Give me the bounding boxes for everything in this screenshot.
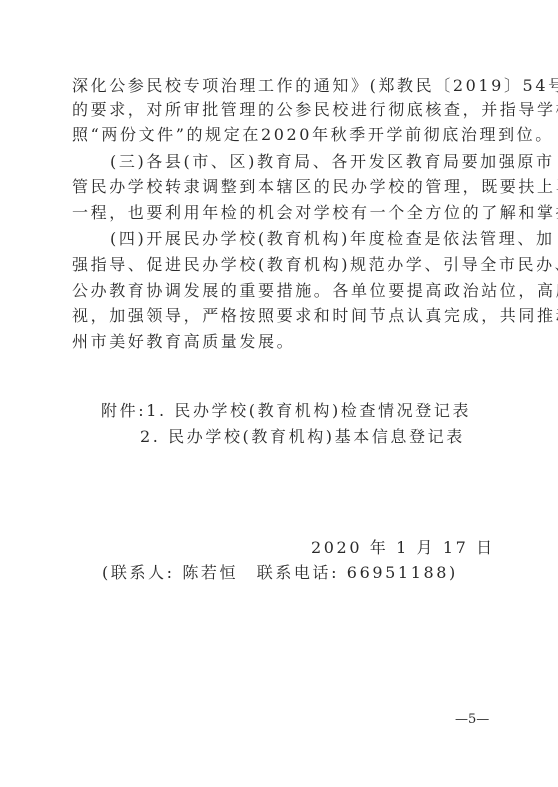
- attachment-item-2: 2. 民办学校(教育机构)基本信息登记表: [140, 427, 465, 447]
- attachment-item-1-text: 1. 民办学校(教育机构)检查情况登记表: [146, 401, 471, 420]
- paragraph-2-line-2: 的要求，对所审批管理的公参民校进行彻底核查，并指导学校按: [72, 100, 558, 120]
- paragraph-2-line-3: 照“两份文件”的规定在2020年秋季开学前彻底治理到位。: [72, 125, 554, 145]
- attachment-item-1: 附件:1. 民办学校(教育机构)检查情况登记表: [101, 401, 471, 421]
- paragraph-4-line-5: 州市美好教育高质量发展。: [72, 332, 295, 352]
- page-number: —5—: [455, 712, 489, 727]
- contact-info: (联系人: 陈若恒 联系电话: 66951188): [102, 563, 458, 583]
- paragraph-2-line-1: 深化公参民校专项治理工作的通知》(郑教民〔2019〕54号)文件: [72, 76, 558, 96]
- paragraph-4-line-3: 公办教育协调发展的重要措施。各单位要提高政治站位，高度重: [72, 281, 558, 301]
- document-page: 深化公参民校专项治理工作的通知》(郑教民〔2019〕54号)文件 的要求，对所审…: [0, 0, 558, 787]
- paragraph-3-line-2: 管民办学校转隶调整到本辖区的民办学校的管理，既要扶上马送: [72, 177, 558, 197]
- paragraph-4-line-1: (四)开展民办学校(教育机构)年度检查是依法管理、加: [110, 229, 555, 249]
- paragraph-3-line-3: 一程，也要利用年检的机会对学校有一个全方位的了解和掌握。: [72, 203, 558, 223]
- paragraph-4-line-4: 视，加强领导，严格按照要求和时间节点认真完成，共同推动郑: [72, 306, 558, 326]
- paragraph-4-line-2: 强指导、促进民办学校(教育机构)规范办学、引导全市民办、: [72, 255, 558, 275]
- attachment-label: 附件:: [101, 401, 146, 420]
- paragraph-3-line-1: (三)各县(市、区)教育局、各开发区教育局要加强原市: [110, 152, 555, 172]
- document-date: 2020 年 1 月 17 日: [311, 538, 495, 558]
